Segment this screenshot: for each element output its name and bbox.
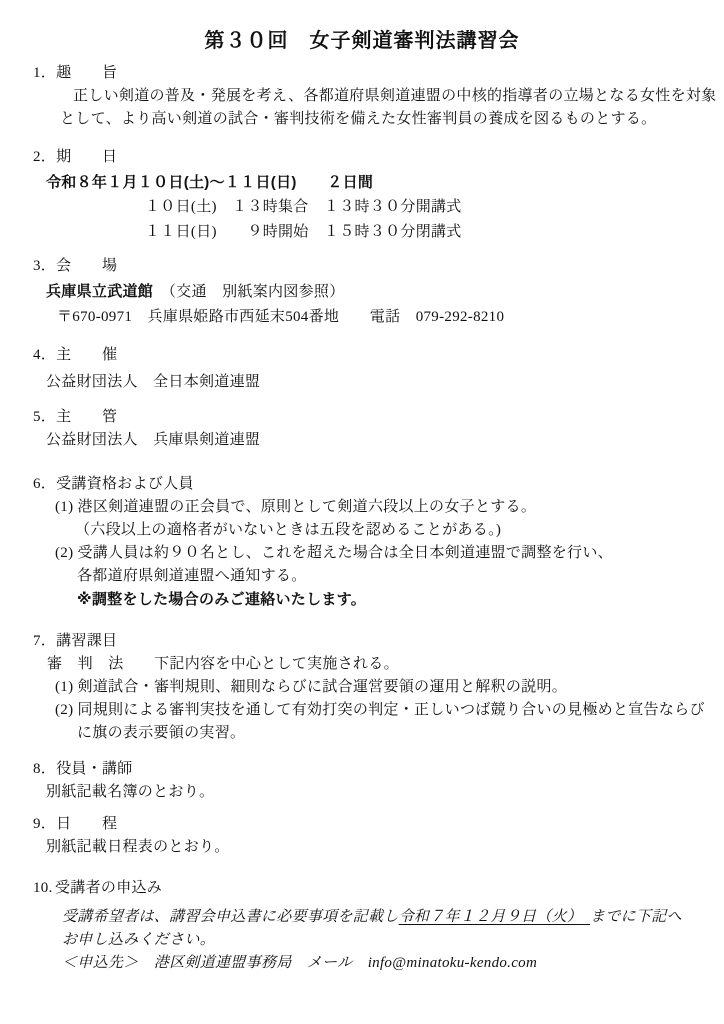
section-venue-heading: 3．会 場 xyxy=(33,254,724,279)
section-host-title: 主 管 xyxy=(56,409,117,425)
eligibility-item-1: (1) 港区剣道連盟の正会員で、原則として剣道六段以上の女子とする。 xyxy=(55,496,724,519)
curriculum-item-1: (1) 剣道試合・審判規則、細則ならびに試合運営要領の運用と解釈の説明。 xyxy=(55,676,724,699)
application-body-line-2: お申し込みください。 xyxy=(62,929,724,952)
section-venue: 3．会 場 兵庫県立武道館 （交通 別紙案内図参照） 〒670-0971 兵庫県… xyxy=(0,254,724,330)
application-deadline: 令和７年１２月９日（火） xyxy=(399,909,590,925)
section-dates: 2．期 日 令和８年１月１０日(土)～１１日(日) ２日間 １０日(土) １３時… xyxy=(0,145,724,245)
section-application-title: 受講者の申込み xyxy=(55,880,162,896)
venue-note: （交通 別紙案内図参照） xyxy=(153,284,344,300)
eligibility-item-2-continuation: 各都道府県剣道連盟へ通知する。 xyxy=(77,565,724,588)
section-curriculum: 7．講習課目 審 判 法 下記内容を中心として実施される。 (1) 剣道試合・審… xyxy=(0,630,724,745)
host-body: 公益財団法人 兵庫県剣道連盟 xyxy=(46,429,724,452)
section-venue-number: 3． xyxy=(33,254,56,279)
curriculum-item-2-continuation: に旗の表示要領の実習。 xyxy=(77,722,724,745)
officials-body: 別紙記載名簿のとおり。 xyxy=(46,781,724,804)
application-body-line-1: 受講希望者は、講習会申込書に必要事項を記載し令和７年１２月９日（火） までに下記… xyxy=(62,906,724,929)
section-purpose-number: 1． xyxy=(33,62,56,85)
section-host-number: 5． xyxy=(33,406,56,429)
document-page: 第３０回 女子剣道審判法講習会 1．趣 旨 正しい剣道の普及・発展を考え、各都道… xyxy=(0,0,724,1024)
section-application: 10.受講者の申込み 受講希望者は、講習会申込書に必要事項を記載し令和７年１２月… xyxy=(0,877,724,975)
eligibility-item-1-note: （六段以上の適格者がいないときは五段を認めることがある。) xyxy=(75,519,724,542)
section-organizer: 4．主 催 公益財団法人 全日本剣道連盟 xyxy=(0,344,724,394)
curriculum-item-2: (2) 同規則による審判実技を通して有効打突の判定・正しいつば競り合いの見極めと… xyxy=(55,699,724,722)
section-eligibility: 6．受講資格および人員 (1) 港区剣道連盟の正会員で、原則として剣道六段以上の… xyxy=(0,473,724,611)
purpose-body-line-2: として、より高い剣道の試合・審判技術を備えた女性審判員の養成を図るものとする。 xyxy=(60,108,724,131)
section-schedule-title: 日 程 xyxy=(56,816,117,832)
section-curriculum-number: 7． xyxy=(33,630,56,653)
eligibility-adjustment-note: ※調整をした場合のみご連絡いたします。 xyxy=(77,588,724,611)
section-officials: 8．役員・講師 別紙記載名簿のとおり。 xyxy=(0,758,724,804)
venue-name: 兵庫県立武道館 xyxy=(46,283,153,300)
section-organizer-title: 主 催 xyxy=(56,347,117,363)
section-organizer-heading: 4．主 催 xyxy=(33,344,724,367)
section-officials-title: 役員・講師 xyxy=(56,761,133,777)
application-contact-line: ＜申込先＞ 港区剣道連盟事務局 メール info@minatoku-kendo.… xyxy=(62,952,724,975)
section-host-heading: 5．主 管 xyxy=(33,406,724,429)
section-purpose-title: 趣 旨 xyxy=(56,65,117,81)
venue-name-line: 兵庫県立武道館 （交通 別紙案内図参照） xyxy=(46,279,724,305)
section-dates-number: 2． xyxy=(33,145,56,170)
section-dates-title: 期 日 xyxy=(56,149,117,165)
section-application-heading: 10.受講者の申込み xyxy=(33,877,724,900)
section-officials-heading: 8．役員・講師 xyxy=(33,758,724,781)
section-eligibility-number: 6． xyxy=(33,473,56,496)
curriculum-intro: 審 判 法 下記内容を中心として実施される。 xyxy=(47,653,724,676)
section-curriculum-heading: 7．講習課目 xyxy=(33,630,724,653)
section-purpose-heading: 1．趣 旨 xyxy=(33,62,724,85)
section-dates-heading: 2．期 日 xyxy=(33,145,724,170)
venue-address-line: 〒670-0971 兵庫県姫路市西延末504番地 電話 079-292-8210 xyxy=(57,305,724,330)
document-title: 第３０回 女子剣道審判法講習会 xyxy=(0,28,724,54)
section-purpose: 1．趣 旨 正しい剣道の普及・発展を考え、各都道府県剣道連盟の中核的指導者の立場… xyxy=(0,62,724,131)
section-officials-number: 8． xyxy=(33,758,56,781)
section-schedule-number: 9． xyxy=(33,813,56,836)
eligibility-item-2: (2) 受講人員は約９０名とし、これを超えた場合は全日本剣道連盟で調整を行い、 xyxy=(55,542,724,565)
section-host: 5．主 管 公益財団法人 兵庫県剣道連盟 xyxy=(0,406,724,452)
section-eligibility-title: 受講資格および人員 xyxy=(56,476,194,492)
section-schedule: 9．日 程 別紙記載日程表のとおり。 xyxy=(0,813,724,859)
dates-day2-schedule: １１日(日) ９時開始 １５時３０分閉講式 xyxy=(145,220,724,245)
application-instruction-prefix: 受講希望者は、講習会申込書に必要事項を記載し xyxy=(62,909,399,925)
section-organizer-number: 4． xyxy=(33,344,56,367)
section-curriculum-title: 講習課目 xyxy=(56,633,117,649)
section-schedule-heading: 9．日 程 xyxy=(33,813,724,836)
purpose-body-line-1: 正しい剣道の普及・発展を考え、各都道府県剣道連盟の中核的指導者の立場となる女性を… xyxy=(73,85,724,108)
dates-day1-schedule: １０日(土) １３時集合 １３時３０分開講式 xyxy=(145,195,724,220)
application-instruction-suffix: までに下記へ xyxy=(590,909,682,925)
organizer-body: 公益財団法人 全日本剣道連盟 xyxy=(46,371,724,394)
schedule-body: 別紙記載日程表のとおり。 xyxy=(46,836,724,859)
dates-date-line: 令和８年１月１０日(土)～１１日(日) ２日間 xyxy=(46,170,724,195)
section-eligibility-heading: 6．受講資格および人員 xyxy=(33,473,724,496)
section-venue-title: 会 場 xyxy=(56,258,117,274)
section-application-number: 10. xyxy=(33,877,55,900)
